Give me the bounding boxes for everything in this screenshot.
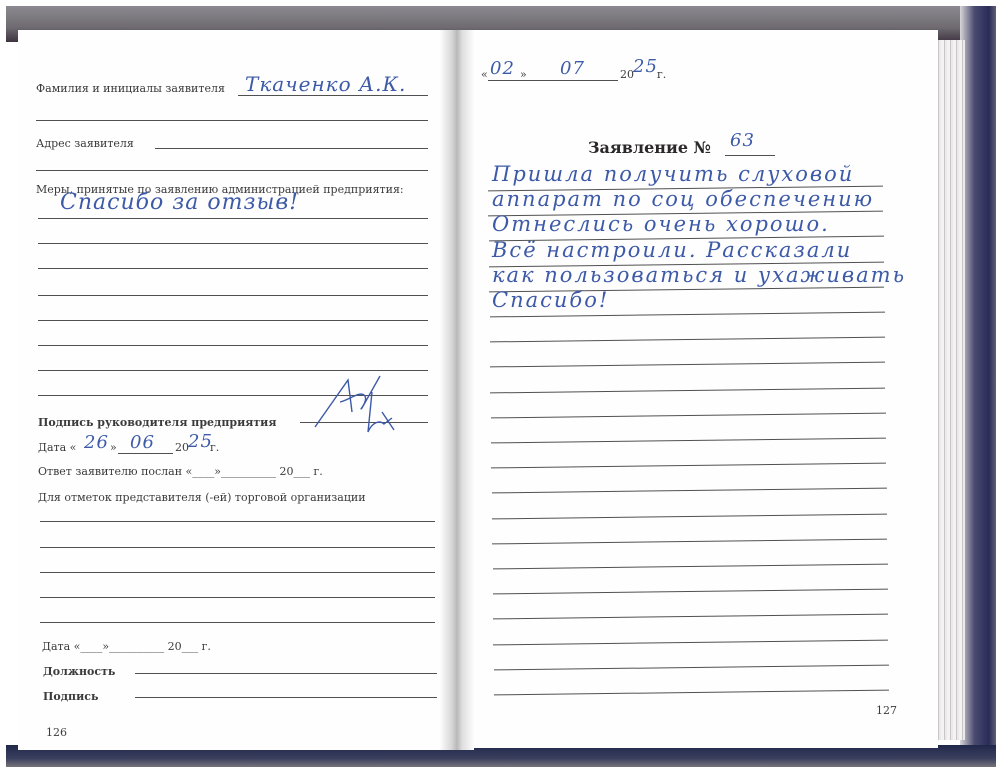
page-edges bbox=[935, 40, 965, 740]
applicant-name-label: Фамилия и инициалы заявителя bbox=[36, 82, 225, 95]
rule bbox=[38, 370, 428, 371]
rule bbox=[38, 320, 428, 321]
rule bbox=[38, 243, 428, 244]
right-date-month: 07 bbox=[560, 58, 585, 79]
signature-label: Подпись bbox=[43, 690, 98, 703]
date-year-prefix: 20 bbox=[175, 441, 189, 454]
right-date-year-suffix: 25 bbox=[633, 56, 658, 77]
rule bbox=[36, 170, 428, 171]
right-date-day: 02 bbox=[490, 58, 515, 79]
statement-line: аппарат по соц обеспечению bbox=[492, 187, 874, 211]
rule bbox=[38, 268, 428, 269]
date-label: Дата « bbox=[38, 441, 76, 454]
measures-value: Спасибо за отзыв! bbox=[60, 190, 299, 215]
date-month: 06 bbox=[130, 432, 155, 453]
manager-signature bbox=[310, 372, 400, 442]
book-gutter bbox=[440, 30, 474, 750]
right-date-open-quote: « bbox=[481, 68, 488, 81]
reply-sent-label: Ответ заявителю послан «____»__________ … bbox=[38, 465, 323, 478]
applicant-address-label: Адрес заявителя bbox=[36, 137, 134, 150]
rule bbox=[40, 597, 435, 598]
statement-line: как пользоваться и ухаживать bbox=[492, 263, 906, 287]
rule bbox=[238, 95, 428, 96]
rule bbox=[36, 120, 428, 121]
rule bbox=[40, 547, 435, 548]
statement-line: Пришла получить слуховой bbox=[492, 162, 854, 186]
rule bbox=[135, 697, 437, 698]
statement-line: Спасибо! bbox=[492, 288, 609, 312]
date-suffix: г. bbox=[210, 441, 219, 454]
rule bbox=[725, 155, 775, 156]
trade-rep-label: Для отметок представителя (-ей) торговой… bbox=[38, 491, 366, 504]
rule bbox=[38, 295, 428, 296]
rule bbox=[135, 673, 437, 674]
right-date-year-prefix: 20 bbox=[620, 68, 634, 81]
rule bbox=[38, 218, 428, 219]
statement-number: 63 bbox=[730, 130, 755, 151]
blank-date-label: Дата «____»__________ 20___ г. bbox=[42, 640, 211, 653]
statement-line: Всё настроили. Рассказали bbox=[492, 238, 852, 262]
rule bbox=[40, 572, 435, 573]
statement-line: Отнеслись очень хорошо. bbox=[492, 212, 830, 236]
rule bbox=[488, 80, 618, 81]
date-day: 26 bbox=[84, 432, 109, 453]
rule bbox=[40, 521, 435, 522]
rule bbox=[40, 622, 435, 623]
page-number-left: 126 bbox=[46, 726, 67, 739]
book-cover-right bbox=[960, 6, 996, 766]
right-date-suffix: г. bbox=[657, 68, 666, 81]
rule bbox=[155, 148, 428, 149]
page-number-right: 127 bbox=[876, 704, 897, 717]
statement-title: Заявление № bbox=[588, 138, 711, 157]
position-label: Должность bbox=[43, 665, 115, 678]
applicant-name-value: Ткаченко А.К. bbox=[245, 72, 406, 96]
manager-signature-label: Подпись руководителя предприятия bbox=[38, 416, 276, 429]
rule bbox=[38, 345, 428, 346]
date-label-text: Дата bbox=[38, 441, 66, 454]
rule bbox=[118, 453, 173, 454]
date-close-quote: » bbox=[110, 441, 117, 454]
